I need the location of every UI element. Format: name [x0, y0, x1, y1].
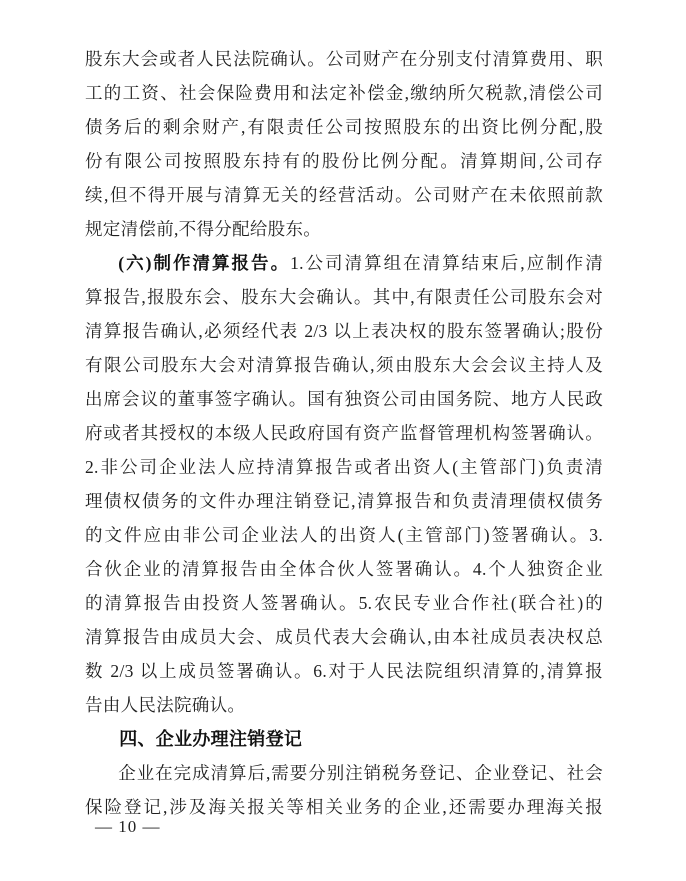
- text-line: 的文件应由非公司企业法人的出资人(主管部门)签署确认。3.: [85, 518, 603, 552]
- text-segment: 债务后的剩余财产,有限责任公司按照股东的出资比例分配,股: [85, 117, 603, 137]
- text-segment: 合伙企业的清算报告由全体合伙人签署确认。4.个人独资企业: [85, 559, 603, 579]
- text-segment: 的清算报告由投资人签署确认。5.农民专业合作社(联合社)的: [85, 593, 603, 613]
- text-line: 续,但不得开展与清算无关的经营活动。公司财产在未依照前款: [85, 178, 603, 212]
- text-segment: 续,但不得开展与清算无关的经营活动。公司财产在未依照前款: [85, 185, 603, 205]
- text-segment: 2.非公司企业法人应持清算报告或者出资人(主管部门)负责清: [85, 457, 603, 477]
- section-heading: 四、企业办理注销登记: [85, 722, 603, 756]
- text-segment: 的文件应由非公司企业法人的出资人(主管部门)签署确认。3.: [85, 525, 603, 545]
- text-line: 的清算报告由投资人签署确认。5.农民专业合作社(联合社)的: [85, 586, 603, 620]
- text-segment: 股东大会或者人民法院确认。公司财产在分别支付清算费用、职: [85, 49, 603, 69]
- text-line: 清算报告由成员大会、成员代表大会确认,由本社成员表决权总: [85, 620, 603, 654]
- text-segment: 规定清偿前,不得分配给股东。: [85, 219, 321, 239]
- text-line: 工的工资、社会保险费用和法定补偿金,缴纳所欠税款,清偿公司: [85, 76, 603, 110]
- text-line: 有限公司股东大会对清算报告确认,须由股东大会会议主持人及: [85, 348, 603, 382]
- text-line: 股东大会或者人民法院确认。公司财产在分别支付清算费用、职: [85, 42, 603, 76]
- text-line: 出席会议的董事签字确认。国有独资公司由国务院、地方人民政: [85, 382, 603, 416]
- text-line: 理债权债务的文件办理注销登记,清算报告和负责清理债权债务: [85, 484, 603, 518]
- text-segment: 有限公司股东大会对清算报告确认,须由股东大会会议主持人及: [85, 355, 603, 375]
- document-page: 股东大会或者人民法院确认。公司财产在分别支付清算费用、职工的工资、社会保险费用和…: [0, 0, 686, 881]
- text-line: 企业在完成清算后,需要分别注销税务登记、企业登记、社会: [85, 756, 603, 790]
- text-segment: 1.公司清算组在清算结束后,应制作清: [290, 253, 603, 273]
- text-line: 保险登记,涉及海关报关等相关业务的企业,还需要办理海关报: [85, 790, 603, 824]
- text-segment: 数 2/3 以上成员签署确认。6.对于人民法院组织清算的,清算报: [85, 661, 603, 681]
- text-line: 数 2/3 以上成员签署确认。6.对于人民法院组织清算的,清算报: [85, 654, 603, 688]
- text-line: 告由人民法院确认。: [85, 688, 603, 722]
- text-line: 规定清偿前,不得分配给股东。: [85, 212, 603, 246]
- text-segment: 清算报告确认,必须经代表 2/3 以上表决权的股东签署确认;股份: [85, 321, 603, 341]
- text-segment: 份有限公司按照股东持有的股份比例分配。清算期间,公司存: [85, 151, 603, 171]
- text-segment: 算报告,报股东会、股东大会确认。其中,有限责任公司股东会对: [85, 287, 603, 307]
- text-line: 算报告,报股东会、股东大会确认。其中,有限责任公司股东会对: [85, 280, 603, 314]
- document-body: 股东大会或者人民法院确认。公司财产在分别支付清算费用、职工的工资、社会保险费用和…: [85, 42, 603, 824]
- text-segment: 告由人民法院确认。: [85, 695, 245, 715]
- bold-text-segment: 四、企业办理注销登记: [119, 729, 302, 749]
- page-number: — 10 —: [95, 812, 161, 842]
- text-line: 府或者其授权的本级人民政府国有资产监督管理机构签署确认。: [85, 416, 603, 450]
- text-segment: 府或者其授权的本级人民政府国有资产监督管理机构签署确认。: [85, 423, 603, 443]
- text-segment: 出席会议的董事签字确认。国有独资公司由国务院、地方人民政: [85, 389, 603, 409]
- text-segment: 清算报告由成员大会、成员代表大会确认,由本社成员表决权总: [85, 627, 603, 647]
- text-line: (六)制作清算报告。1.公司清算组在清算结束后,应制作清: [85, 246, 603, 280]
- text-line: 清算报告确认,必须经代表 2/3 以上表决权的股东签署确认;股份: [85, 314, 603, 348]
- text-segment: 保险登记,涉及海关报关等相关业务的企业,还需要办理海关报: [85, 797, 603, 817]
- text-line: 2.非公司企业法人应持清算报告或者出资人(主管部门)负责清: [85, 450, 603, 484]
- text-segment: 理债权债务的文件办理注销登记,清算报告和负责清理债权债务: [85, 491, 603, 511]
- text-line: 债务后的剩余财产,有限责任公司按照股东的出资比例分配,股: [85, 110, 603, 144]
- bold-text-segment: (六)制作清算报告。: [118, 253, 290, 273]
- text-line: 合伙企业的清算报告由全体合伙人签署确认。4.个人独资企业: [85, 552, 603, 586]
- text-line: 份有限公司按照股东持有的股份比例分配。清算期间,公司存: [85, 144, 603, 178]
- text-segment: 工的工资、社会保险费用和法定补偿金,缴纳所欠税款,清偿公司: [85, 83, 603, 103]
- text-segment: 企业在完成清算后,需要分别注销税务登记、企业登记、社会: [118, 763, 603, 783]
